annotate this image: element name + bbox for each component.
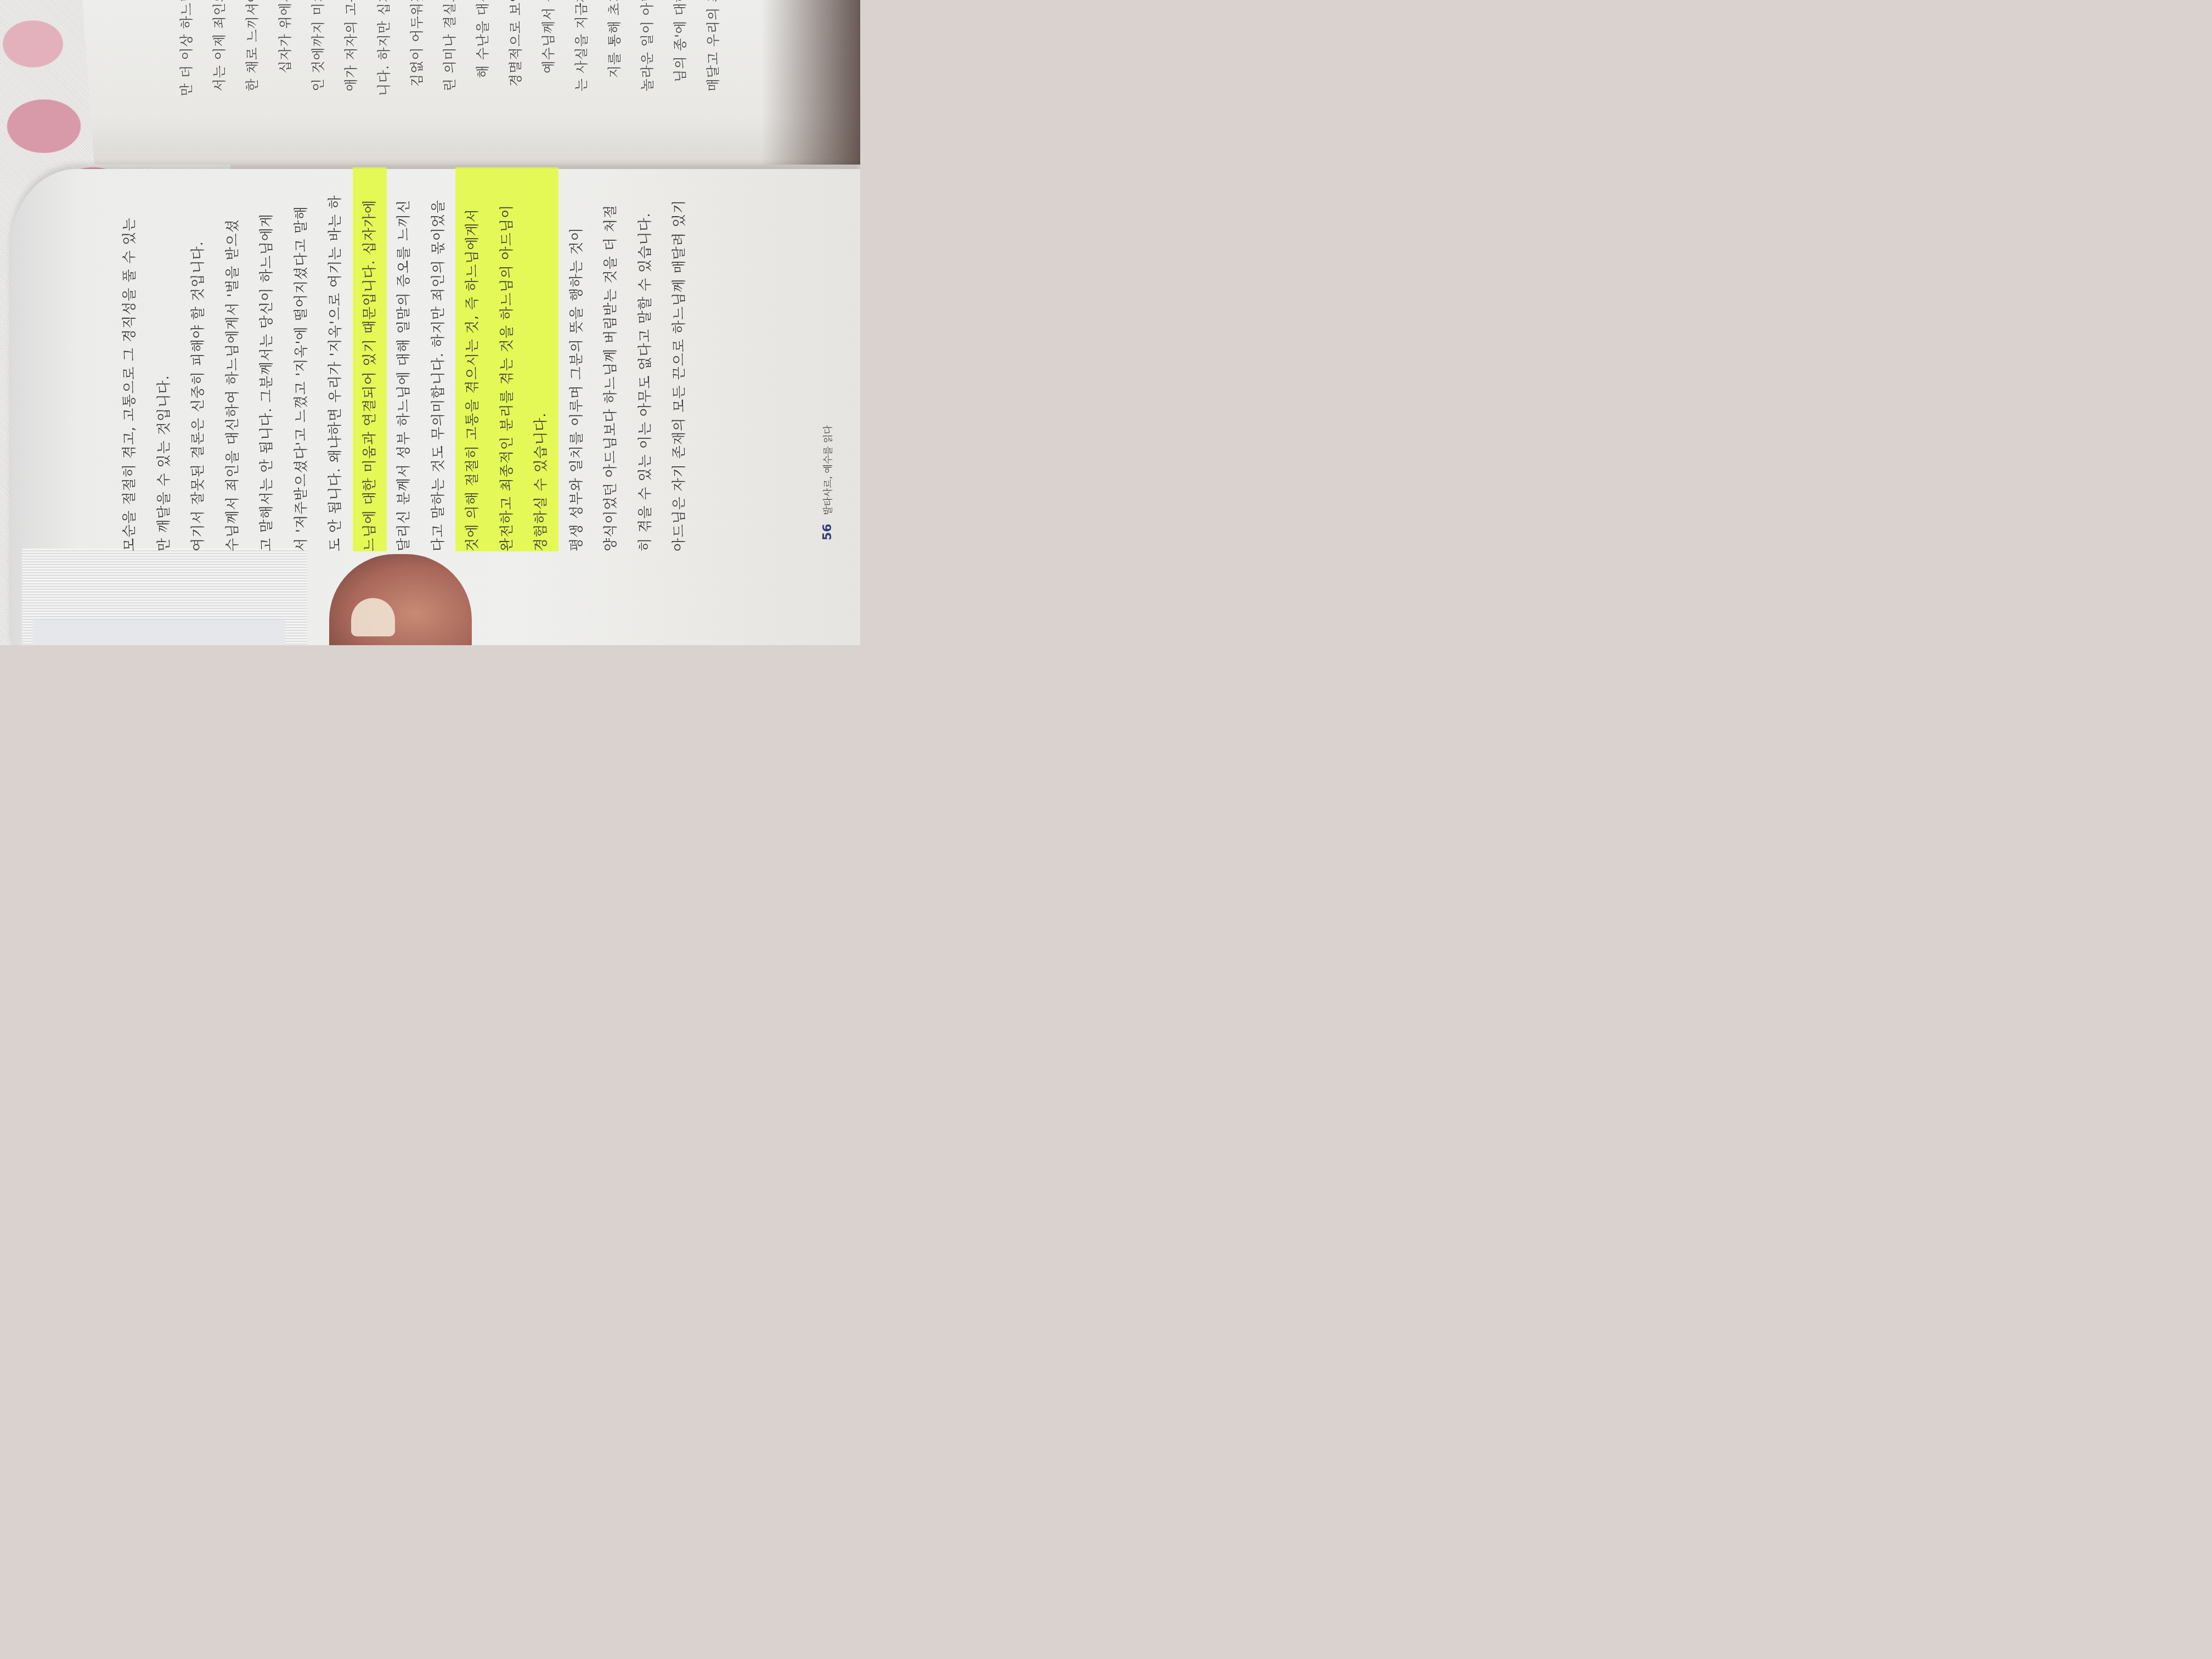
right-line: 십자가 위에서	[269, 0, 302, 165]
highlighted-line: 것에 의해 절절히 고통을 겪으시는 것, 즉 하느님에게서	[455, 167, 490, 551]
highlighted-line: 완전하고 최종적인 분리를 겪는 것을 하느님의 아드님이	[490, 167, 524, 551]
left-page-text: 모순을 절절히 겪고, 고통으로 그 경직성을 풀 수 있는 만 깨달을 수 있…	[112, 167, 697, 551]
thumbnail	[351, 598, 395, 636]
text-line: 수님께서 죄인을 대신하여 하느님에게서 '벌을 받으셨	[216, 167, 250, 551]
right-line: 놀라운 일이 아님	[631, 0, 664, 165]
right-line: 는 사실을 지금까	[565, 0, 598, 165]
highlighted-line: 느님에 대한 미움과 연결되어 있기 때문입니다. 십자가에	[353, 167, 387, 551]
right-line: 김없이 어두워졌	[400, 0, 433, 165]
right-line: 서는 이제 죄인의	[203, 0, 236, 165]
right-line: 한 채로 느끼셔야	[236, 0, 269, 165]
text-line: 평생 성부와 일치를 이루며 그분의 뜻을 행하는 것이	[560, 167, 594, 551]
text-line: 달리신 분께서 성부 하느님에 대해 일말의 증오를 느끼신	[387, 167, 421, 551]
running-title: 발타사르, 예수를 읽다	[823, 425, 834, 515]
right-line: 인 것에까지 미치	[302, 0, 335, 165]
right-line: 린 의미나 결실도	[433, 0, 466, 165]
text-line: 아드님은 자기 존재의 모든 끈으로 하느님께 매달려 있기	[662, 167, 697, 551]
highlighted-line: 경험하실 수 있습니다.	[524, 167, 558, 551]
right-line: 해 수난을 대신	[466, 0, 499, 165]
page-shadow	[761, 0, 860, 165]
right-line: 애가 저자의 고통	[335, 0, 368, 165]
right-line: 님의 종'에 대한	[664, 0, 697, 165]
right-page-text: 만 더 이상 하느님 서는 이제 죄인의 한 채로 느끼셔야 십자가 위에서 인…	[170, 0, 730, 165]
text-line: 양식이었던 아드님보다 하느님께 버림받는 것을 더 처절	[594, 167, 628, 551]
text-line: 만 깨달을 수 있는 것입니다.	[147, 167, 182, 551]
text-line: 모순을 절절히 겪고, 고통으로 그 경직성을 풀 수 있는	[112, 167, 147, 551]
right-line: 예수님께서 십	[532, 0, 565, 165]
right-line: 니다. 하지만 십자	[368, 0, 400, 165]
text-line: 여기서 잘못된 결론은 신중히 피해야 할 것입니다.	[181, 167, 216, 551]
page-footer: 56 발타사르, 예수를 읽다	[820, 376, 834, 540]
text-line-with-highlight: 다고 말하는 것도 무의미합니다. 하지만 죄인의 몫이었을	[421, 167, 456, 551]
right-line: 지를 통해 초기	[598, 0, 631, 165]
text-line: 서 '저주받으셨다'고 느꼈고 '지옥'에 떨어지셨다고 말해	[284, 167, 319, 551]
page-number: 56	[821, 523, 834, 540]
right-line: 매달고 우리의 죄	[697, 0, 730, 165]
right-line: 만 더 이상 하느님	[170, 0, 203, 165]
text-line: 히 겪을 수 있는 이는 아무도 없다고 말할 수 있습니다.	[628, 167, 663, 551]
right-line: 경멸적으로 보입	[499, 0, 532, 165]
text-line-with-highlight: 도 안 됩니다. 왜냐하면 우리가 '지옥'으로 여기는 바는 하	[318, 167, 353, 551]
text-line: 고 말해서는 안 됩니다. 그분께서는 당신이 하느님에게	[250, 167, 284, 551]
book-cover-edge	[33, 620, 285, 645]
